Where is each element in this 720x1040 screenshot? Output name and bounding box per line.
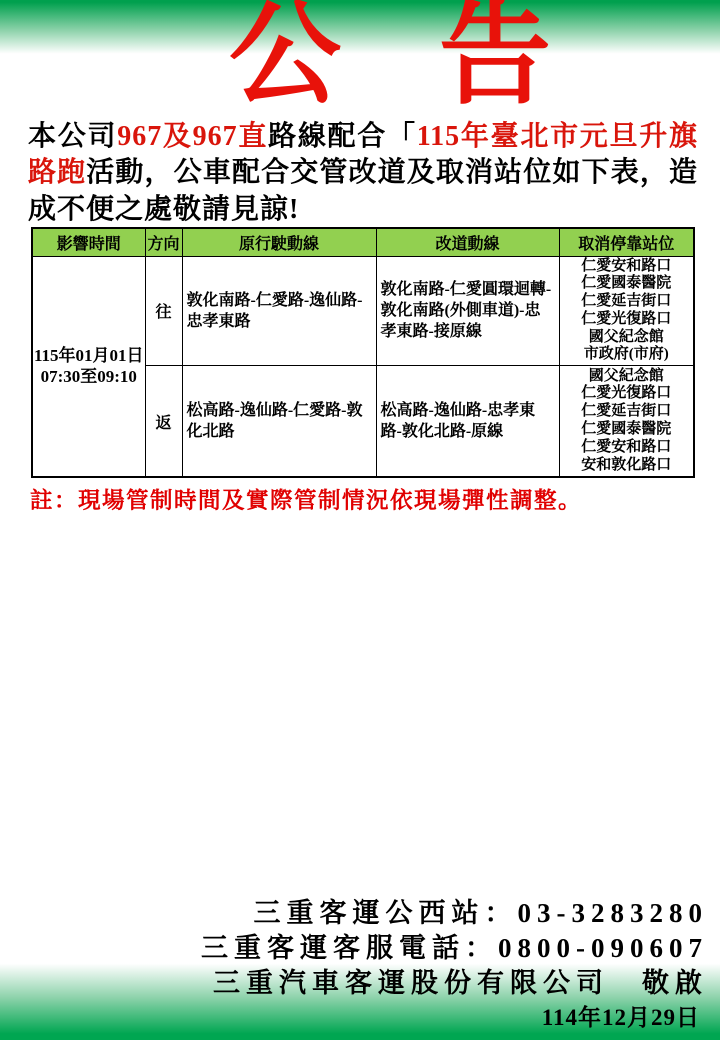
cancelled-stop: 仁愛光復路口 [562, 311, 692, 329]
cancelled-stop: 仁愛國泰醫院 [562, 275, 692, 293]
cancelled-stop: 國父紀念館 [562, 329, 692, 347]
route-change-table: 影響時間 方向 原行駛動線 改道動線 取消停靠站位 115年01月01日 07:… [31, 227, 695, 478]
cancelled-stop: 安和敦化路口 [562, 457, 692, 475]
impact-time-cell: 115年01月01日 07:30至09:10 [32, 256, 145, 477]
header-cancelled-stops: 取消停靠站位 [559, 228, 694, 256]
original-route-cell: 敦化南路-仁愛路-逸仙路-忠孝東路 [182, 256, 376, 366]
station-phone-line: 三重客運公西站：03-3283280 [201, 896, 708, 931]
cancelled-stops-cell: 國父紀念館 仁愛光復路口 仁愛延吉街口 仁愛國泰醫院 仁愛安和路口 安和敦化路口 [559, 366, 694, 477]
intro-segment: 本公司 [28, 121, 117, 152]
cancelled-stops-cell: 仁愛安和路口 仁愛國泰醫院 仁愛延吉街口 仁愛光復路口 國父紀念館 市政府(市府… [559, 256, 694, 366]
intro-paragraph: 本公司967及967直路線配合「115年臺北市元旦升旗路跑活動，公車配合交管改道… [28, 119, 698, 228]
cancelled-stop: 仁愛延吉街口 [562, 293, 692, 311]
table-header-row: 影響時間 方向 原行駛動線 改道動線 取消停靠站位 [32, 228, 694, 256]
title-char-2: 告 [439, 0, 551, 122]
intro-segment: 活動，公車配合交管改道及取消站位如下表，造成不便之處敬請見諒! [28, 157, 698, 224]
header-detour-route: 改道動線 [376, 228, 559, 256]
notice-title: 公 告 [30, 0, 720, 122]
footer-contact-block: 三重客運公西站：03-3283280 三重客運客服電話：0800-090607 … [201, 896, 708, 1034]
cancelled-stop: 仁愛安和路口 [562, 258, 692, 276]
impact-time-range: 07:30至09:10 [33, 366, 145, 387]
intro-segment: 路線配合「 [268, 121, 417, 152]
cancelled-stop: 市政府(市府) [562, 346, 692, 364]
header-impact-time: 影響時間 [32, 228, 145, 256]
cancelled-stop: 國父紀念館 [562, 368, 692, 386]
direction-cell: 往 [145, 256, 182, 366]
issue-date: 114年12月29日 [201, 1001, 700, 1034]
cancelled-stop: 仁愛安和路口 [562, 439, 692, 457]
intro-segment-route-numbers: 967及967直 [117, 121, 268, 152]
detour-route-cell: 松高路-逸仙路-忠孝東路-敦化北路-原線 [376, 366, 559, 477]
service-phone-line: 三重客運客服電話：0800-090607 [201, 931, 708, 966]
table-row-outbound: 115年01月01日 07:30至09:10 往 敦化南路-仁愛路-逸仙路-忠孝… [32, 256, 694, 366]
cancelled-stop: 仁愛延吉街口 [562, 403, 692, 421]
original-route-cell: 松高路-逸仙路-仁愛路-敦化北路 [182, 366, 376, 477]
detour-route-cell: 敦化南路-仁愛圓環迴轉-敦化南路(外側車道)-忠孝東路-接原線 [376, 256, 559, 366]
impact-date: 115年01月01日 [33, 345, 145, 366]
header-direction: 方向 [145, 228, 182, 256]
header-original-route: 原行駛動線 [182, 228, 376, 256]
adjustment-note: 註：現場管制時間及實際管制情況依現場彈性調整。 [30, 483, 582, 515]
cancelled-stop: 仁愛國泰醫院 [562, 421, 692, 439]
title-char-1: 公 [229, 0, 341, 122]
direction-cell: 返 [145, 366, 182, 477]
cancelled-stop: 仁愛光復路口 [562, 385, 692, 403]
company-signature-line: 三重汽車客運股份有限公司 敬啟 [201, 966, 708, 1001]
